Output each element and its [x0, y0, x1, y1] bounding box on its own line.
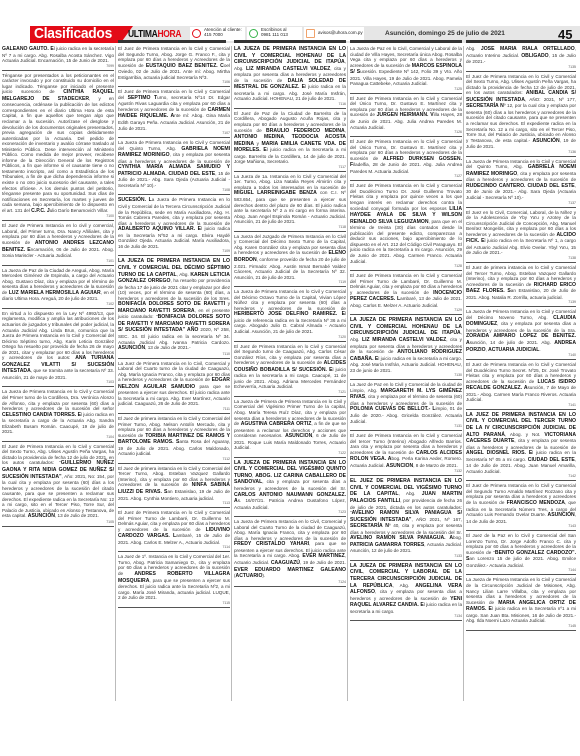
- ad-code: 7120: [234, 335, 346, 339]
- ad-code: 7132: [350, 469, 462, 473]
- classified-ad: La Jueza de 1a. Instancia en lo Civil y …: [234, 174, 346, 232]
- classified-ad: El Juez de Primera Instancia en lo Civil…: [118, 89, 230, 138]
- classified-ad: El Juez de la Paz en lo Civil y Comercia…: [466, 533, 576, 575]
- classified-ad: El Juez de Primera Instancia en lo civil…: [2, 223, 114, 265]
- column-rule: [466, 40, 580, 43]
- classified-ad: El Juez de Primera Instancia en lo Civil…: [466, 362, 576, 410]
- email-icon: [306, 29, 315, 38]
- ad-code: 7137: [466, 201, 576, 205]
- classified-ad: El Juez de Primera Instancia en lo Civil…: [118, 510, 230, 552]
- classified-ad: LA JUEZA DE PRIMERA INSTANCIA EN LO CIVI…: [234, 46, 346, 109]
- classified-ad: El Juez de Primera Instancia en lo Civil…: [350, 183, 462, 271]
- classified-ad: La Jueza de Primera Instancia en lo Civi…: [466, 577, 576, 630]
- classified-ad: El Juez de Primera Instancia en lo Civil…: [118, 46, 230, 87]
- ad-code: 7103: [2, 380, 114, 384]
- ad-code: 7131: [350, 424, 462, 428]
- column-1: GALEANO GAUTO. El juicio radica en la se…: [2, 46, 114, 529]
- classifieds-columns: GALEANO GAUTO. El juicio radica en la se…: [0, 46, 580, 756]
- ad-code: 7138: [466, 256, 576, 260]
- ad-code: 7113: [118, 501, 230, 505]
- classified-ad: La Jueza de Primera Instancia en lo Civi…: [2, 389, 114, 441]
- ad-code: 7139: [466, 300, 576, 304]
- classified-ad: El Juez en lo Civil, Comercial, Laboral,…: [466, 210, 576, 263]
- classified-ad: La Juez de Primera Instancia en lo Civil…: [118, 361, 230, 414]
- ad-code: 7121: [234, 390, 346, 394]
- ad-code: 7118: [234, 225, 346, 229]
- classified-ad: La Juez de 1º. Instancia en lo Civil y C…: [118, 554, 230, 607]
- contact-phone-box: Atención al cliente: 415 7000: [190, 27, 245, 41]
- classified-ad: Abg. JOSE MARIA RIALA ORTELLADO, Actuari…: [466, 46, 576, 72]
- whatsapp-icon: [249, 29, 258, 38]
- classified-ad: El Juez de primera instancia en lo Civil…: [118, 466, 230, 508]
- classified-ad: La Jueza de Primera Instancia en lo Civi…: [118, 140, 230, 195]
- classified-ad: El Juez de Primera Instancia en lo Civil…: [350, 96, 462, 137]
- issue-date: Asunción, domingo 25 de julio de 2021: [385, 30, 505, 37]
- classified-ad: Ténganse por presentados a los peticiona…: [2, 73, 114, 222]
- email-link[interactable]: avisos@uhora.com.py: [318, 27, 364, 35]
- classified-ad: LA JUEZA DE PRIMERA INSTANCIA EN LO CIVI…: [118, 258, 230, 358]
- classified-ad: LA JUEZA DE PRIMERA INSTANCIA EN LO CIVI…: [234, 460, 346, 517]
- classified-ad: La Jueza de Primera Instancia en lo Civi…: [234, 289, 346, 341]
- column-2: El Juez de Primera Instancia en lo Civil…: [118, 46, 230, 610]
- classified-ad: La Juez de Paz en lo Civil y Comercial d…: [350, 382, 462, 431]
- ad-code: 7136: [466, 150, 576, 154]
- column-rule: [350, 40, 462, 43]
- classified-ad: El Juez de Primera Instancia en lo Civil…: [2, 444, 114, 527]
- ad-code: 7114: [118, 545, 230, 549]
- ad-code: 7130: [350, 373, 462, 377]
- ad-code: 7117: [234, 165, 346, 169]
- ad-code: 7115: [118, 601, 230, 605]
- ad-code: 7111: [118, 407, 230, 411]
- ad-code: 7135: [466, 65, 576, 69]
- column-4: La Jueza de Paz en lo Civil, Comercial y…: [350, 46, 462, 623]
- classified-ad: El Juez de primera instancia en lo Civil…: [118, 416, 230, 464]
- ad-code: 7145: [466, 624, 576, 628]
- classified-ad: El Juez de Primera Instancia en lo Civil…: [466, 74, 576, 157]
- ad-code: 7134: [350, 614, 462, 618]
- ad-code: 7112: [118, 457, 230, 461]
- ad-code: 7133: [350, 554, 462, 558]
- contact-email-box: avisos@uhora.com.py: [304, 27, 364, 41]
- ad-code: 7101: [2, 259, 114, 263]
- classified-ad: SUCESIÓN. La Jueza de Primera Instancia …: [118, 197, 230, 256]
- section-title: Clasificados: [34, 25, 112, 42]
- ad-code: 7142: [466, 474, 576, 478]
- ad-code: 7128: [350, 264, 462, 268]
- ad-code: 7123: [234, 510, 346, 514]
- ad-code: 7141: [466, 403, 576, 407]
- newspaper-logo: ULTIMAHORA: [128, 29, 181, 40]
- classified-ad: La Jueza de Primera Instancia en lo Civi…: [234, 519, 346, 586]
- classified-ad: La Jueza de Primera Instancia en lo Civi…: [466, 309, 576, 360]
- ad-code: 7125: [350, 87, 462, 91]
- classified-ad: El Juez de Primera Instancia en lo Civil…: [234, 344, 346, 397]
- ad-code: 7143: [466, 524, 576, 528]
- ad-code: 7100: [2, 214, 114, 218]
- ad-code: 7126: [350, 130, 462, 134]
- ad-code: 7104: [2, 435, 114, 439]
- classified-ad: La Jueza del Juzgado de Primera Instanci…: [234, 234, 346, 287]
- phone-icon: [192, 29, 201, 38]
- classified-ad: GALEANO GAUTO. El juicio radica en la se…: [2, 46, 114, 71]
- classified-ad: El Juez de Primera Instancia en lo Civil…: [350, 433, 462, 476]
- classified-ad: EL JUEZ DE PRIMERA INSTANCIA EN LO CIVIL…: [350, 478, 462, 561]
- ad-code: 7105: [2, 520, 114, 524]
- ad-code: 7108: [118, 188, 230, 192]
- ad-code: 7099: [2, 64, 114, 68]
- classified-ad: El Juez de Primera Instancia en lo Civil…: [350, 273, 462, 315]
- ad-code: 7124: [234, 580, 346, 584]
- ad-code: 7106: [118, 80, 230, 84]
- ad-code: 7110: [118, 352, 230, 356]
- ad-code: 7127: [350, 174, 462, 178]
- ad-code: 7140: [466, 353, 576, 357]
- column-rule: [234, 40, 346, 43]
- classified-ad: LA JUEZA DE PRIMERA INSTANCIA EN LO CIVI…: [350, 317, 462, 380]
- ad-code: 7107: [118, 131, 230, 135]
- classified-ad: La Jueza de Primera de Primera Instancia…: [234, 399, 346, 458]
- classified-ad: LA JUEZA DE PRIMERA INSTANCIA EN LO CIVI…: [350, 563, 462, 621]
- ad-code: 7129: [350, 308, 462, 312]
- ad-code: 7102: [2, 302, 114, 306]
- ad-code: 7109: [118, 249, 230, 253]
- ad-code: 7116: [234, 102, 346, 106]
- classified-ad: La Jueza de Paz de la Ciudad de Areguá, …: [2, 268, 114, 309]
- classified-ad: El Juez de Paz de la Ciudad de Barrerito…: [234, 111, 346, 172]
- contact-whatsapp-box: Escribinos al 0981 111 013: [247, 27, 302, 41]
- classified-ad: LA JUEZ DE PRIMERA INSTANCIA EN LO CIVIL…: [466, 412, 576, 481]
- ad-code: 7122: [234, 451, 346, 455]
- classified-ad: La Jueza de Primera Instancia en lo Civi…: [466, 159, 576, 208]
- ad-code: 7144: [466, 568, 576, 572]
- column-3: LA JUEZA DE PRIMERA INSTANCIA EN LO CIVI…: [234, 46, 346, 589]
- column-rule: [118, 40, 226, 43]
- classified-ad: El Juez de primera instancia en lo Civil…: [466, 265, 576, 307]
- column-5: Abg. JOSE MARIA RIALA ORTELLADO, Actuari…: [466, 46, 576, 633]
- classified-ad: El Juez de Primera Instancia en lo Civil…: [350, 139, 462, 181]
- classified-ad: La Jueza de Paz en lo Civil, Comercial y…: [350, 46, 462, 94]
- classified-ad: En virtud a lo dispuesto en la Ley Nº 49…: [2, 311, 114, 388]
- ad-code: 7119: [234, 280, 346, 284]
- classified-ad: El Juez de Primera Instancia en lo Civil…: [466, 483, 576, 531]
